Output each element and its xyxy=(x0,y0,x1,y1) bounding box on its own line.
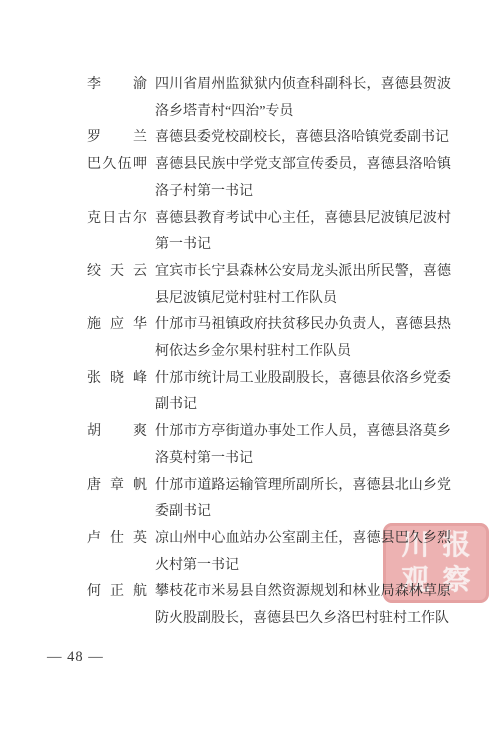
roster-entry: 卢仕英 凉山州中心血站办公室副主任，喜德县巴久乡烈火村第一书记 xyxy=(87,526,451,579)
roster-list: 李渝 四川省眉州监狱狱内侦查科副科长，喜德县贺波洛乡塔青村“四治”专员 罗兰 喜… xyxy=(87,72,451,633)
person-title: 攀枝花市米易县自然资源规划和林业局森林草原防火股副股长，喜德县巴久乡洛巴村驻村工… xyxy=(155,579,451,632)
roster-entry: 罗兰 喜德县委党校副校长，喜德县洛哈镇党委副书记 xyxy=(87,125,451,152)
roster-entry: 张晓峰 什邡市统计局工业股副股长，喜德县依洛乡党委副书记 xyxy=(87,366,451,419)
page-number: — 48 — xyxy=(47,649,104,666)
person-title: 什邡市马祖镇政府扶贫移民办负责人，喜德县热柯依达乡金尔果村驻村工作队员 xyxy=(155,312,451,365)
person-name: 卢仕英 xyxy=(87,526,147,553)
person-name: 张晓峰 xyxy=(87,366,147,393)
person-name: 胡爽 xyxy=(87,419,147,446)
person-name: 李渝 xyxy=(87,72,147,99)
person-name: 施应华 xyxy=(87,312,147,339)
person-title: 喜德县民族中学党支部宣传委员，喜德县洛哈镇洛子村第一书记 xyxy=(155,152,451,205)
person-name: 罗兰 xyxy=(87,125,147,152)
roster-entry: 巴久伍呷 喜德县民族中学党支部宣传委员，喜德县洛哈镇洛子村第一书记 xyxy=(87,152,451,205)
person-name: 唐章帆 xyxy=(87,473,147,500)
roster-entry: 施应华 什邡市马祖镇政府扶贫移民办负责人，喜德县热柯依达乡金尔果村驻村工作队员 xyxy=(87,312,451,365)
person-title: 四川省眉州监狱狱内侦查科副科长，喜德县贺波洛乡塔青村“四治”专员 xyxy=(155,72,451,125)
document-page: 川 报 观 察 李渝 四川省眉州监狱狱内侦查科副科长，喜德县贺波洛乡塔青村“四治… xyxy=(0,0,502,730)
person-name: 克日古尔 xyxy=(87,206,147,233)
person-title: 喜德县教育考试中心主任，喜德县尼波镇尼波村第一书记 xyxy=(155,206,451,259)
roster-entry: 克日古尔 喜德县教育考试中心主任，喜德县尼波镇尼波村第一书记 xyxy=(87,206,451,259)
person-title: 什邡市方亭街道办事处工作人员，喜德县洛莫乡洛莫村第一书记 xyxy=(155,419,451,472)
person-title: 什邡市统计局工业股副股长，喜德县依洛乡党委副书记 xyxy=(155,366,451,419)
person-name: 巴久伍呷 xyxy=(87,152,147,179)
roster-entry: 李渝 四川省眉州监狱狱内侦查科副科长，喜德县贺波洛乡塔青村“四治”专员 xyxy=(87,72,451,125)
person-title: 宜宾市长宁县森林公安局龙头派出所民警，喜德县尼波镇尼觉村驻村工作队员 xyxy=(155,259,451,312)
person-title: 喜德县委党校副校长，喜德县洛哈镇党委副书记 xyxy=(155,125,451,152)
person-name: 何正航 xyxy=(87,579,147,606)
person-title: 什邡市道路运输管理所副所长，喜德县北山乡党委副书记 xyxy=(155,473,451,526)
roster-entry: 何正航 攀枝花市米易县自然资源规划和林业局森林草原防火股副股长，喜德县巴久乡洛巴… xyxy=(87,579,451,632)
roster-entry: 绞天云 宜宾市长宁县森林公安局龙头派出所民警，喜德县尼波镇尼觉村驻村工作队员 xyxy=(87,259,451,312)
person-name: 绞天云 xyxy=(87,259,147,286)
person-title: 凉山州中心血站办公室副主任，喜德县巴久乡烈火村第一书记 xyxy=(155,526,451,579)
roster-entry: 唐章帆 什邡市道路运输管理所副所长，喜德县北山乡党委副书记 xyxy=(87,473,451,526)
roster-entry: 胡爽 什邡市方亭街道办事处工作人员，喜德县洛莫乡洛莫村第一书记 xyxy=(87,419,451,472)
